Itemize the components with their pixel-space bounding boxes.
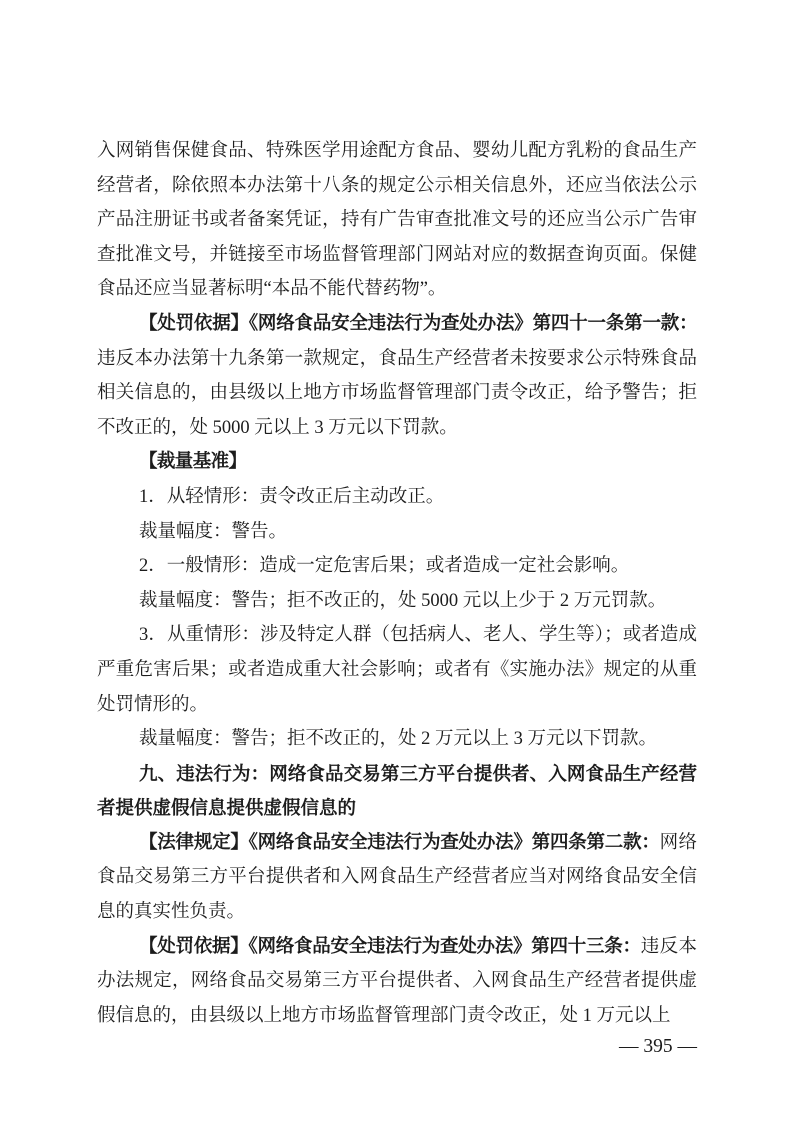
paragraph-label: 【裁量基准】 <box>139 452 246 472</box>
paragraph-label: 【法律规定】《网络食品安全违法行为查处办法》第四条第二款： <box>139 833 660 853</box>
paragraph-severe-circumstance: 3．从重情形：涉及特定人群（包括病人、老人、学生等）；或者造成严重危害后果；或者… <box>97 618 697 722</box>
paragraph-text: 1．从轻情形：责令改正后主动改正。 <box>139 487 444 507</box>
paragraph-text: 入网销售保健食品、特殊医学用途配方食品、婴幼儿配方乳粉的食品生产经营者，除依照本… <box>97 141 697 299</box>
paragraph-text: 裁量幅度：警告。 <box>139 522 287 542</box>
paragraph-discretion-range-3: 裁量幅度：警告；拒不改正的，处 2 万元以上 3 万元以下罚款。 <box>97 722 697 757</box>
paragraph-general-circumstance: 2．一般情形：造成一定危害后果；或者造成一定社会影响。 <box>97 549 697 584</box>
paragraph-text: 裁量幅度：警告；拒不改正的，处 5000 元以上少于 2 万元罚款。 <box>139 591 666 611</box>
page-number: — 395 — <box>619 1036 697 1058</box>
paragraph-text: 3．从重情形：涉及特定人群（包括病人、老人、学生等）；或者造成严重危害后果；或者… <box>97 625 697 714</box>
document-page: 入网销售保健食品、特殊医学用途配方食品、婴幼儿配方乳粉的食品生产经营者，除依照本… <box>0 0 793 1122</box>
paragraph-text: 违反本办法第十九条第一款规定，食品生产经营者未按要求公示特殊食品相关信息的，由县… <box>97 349 697 438</box>
paragraph-discretion-benchmark-title: 【裁量基准】 <box>97 445 697 480</box>
paragraph-label: 【处罚依据】《网络食品安全违法行为查处办法》第四十三条： <box>139 937 641 957</box>
paragraph-penalty-basis-43: 【处罚依据】《网络食品安全违法行为查处办法》第四十三条：违反本办法规定，网络食品… <box>97 930 697 1034</box>
heading-text: 九、违法行为：网络食品交易第三方平台提供者、入网食品生产经营者提供虚假信息提供虚… <box>97 763 697 819</box>
paragraph-discretion-range-1: 裁量幅度：警告。 <box>97 515 697 550</box>
heading-violation-9: 九、违法行为：网络食品交易第三方平台提供者、入网食品生产经营者提供虚假信息提供虚… <box>97 757 697 826</box>
paragraph-discretion-range-2: 裁量幅度：警告；拒不改正的，处 5000 元以上少于 2 万元罚款。 <box>97 584 697 619</box>
paragraph-legal-provision: 【法律规定】《网络食品安全违法行为查处办法》第四条第二款：网络食品交易第三方平台… <box>97 826 697 930</box>
paragraph-lenient-circumstance: 1．从轻情形：责令改正后主动改正。 <box>97 480 697 515</box>
paragraph-label: 【处罚依据】《网络食品安全违法行为查处办法》第四十一条第一款： <box>139 314 697 334</box>
paragraph-continuation-special-foods: 入网销售保健食品、特殊医学用途配方食品、婴幼儿配方乳粉的食品生产经营者，除依照本… <box>97 134 697 307</box>
page-content: 入网销售保健食品、特殊医学用途配方食品、婴幼儿配方乳粉的食品生产经营者，除依照本… <box>97 134 697 1033</box>
paragraph-text: 裁量幅度：警告；拒不改正的，处 2 万元以上 3 万元以下罚款。 <box>139 729 657 749</box>
paragraph-penalty-basis-41: 【处罚依据】《网络食品安全违法行为查处办法》第四十一条第一款：违反本办法第十九条… <box>97 307 697 445</box>
paragraph-text: 2．一般情形：造成一定危害后果；或者造成一定社会影响。 <box>139 556 629 576</box>
